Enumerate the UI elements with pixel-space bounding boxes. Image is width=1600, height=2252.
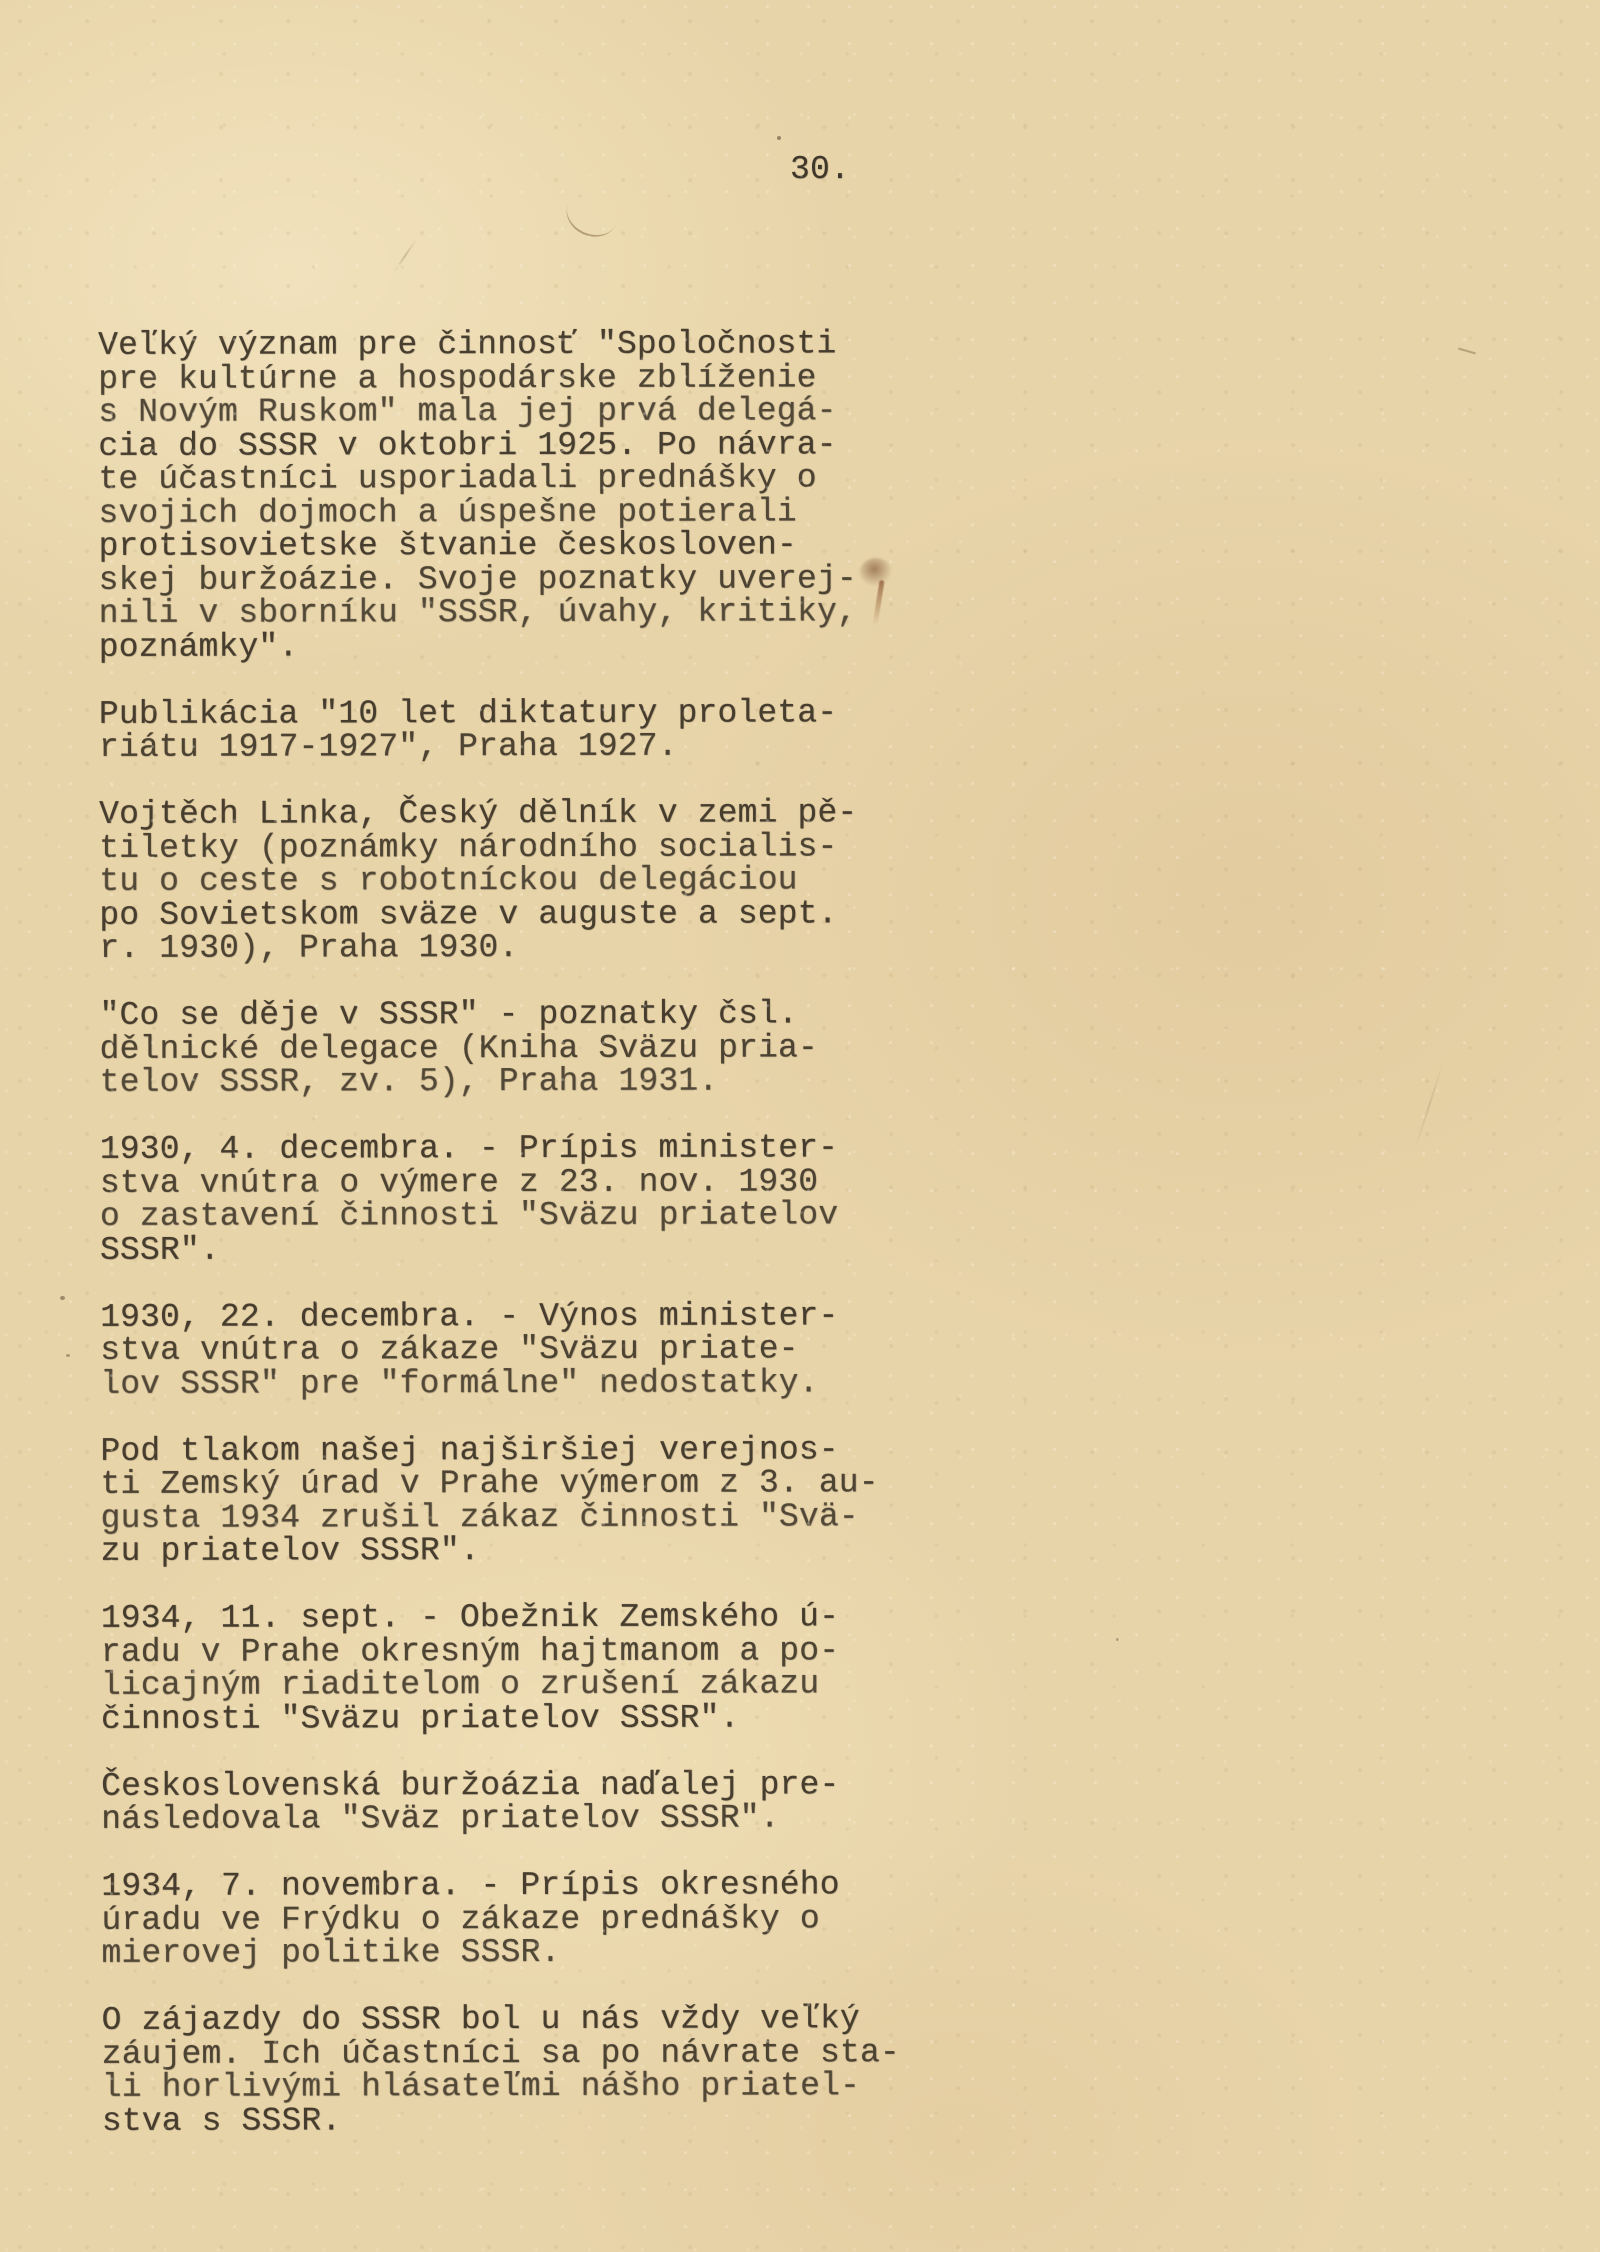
- text-line: Veľký význam pre činnosť "Spoločnosti: [98, 327, 958, 362]
- text-block: Veľký význam pre činnosť "Spoločnostipre…: [98, 327, 962, 2138]
- text-line: te účastníci usporiadali prednášky o: [98, 461, 958, 496]
- paragraph: Veľký význam pre činnosť "Spoločnostipre…: [98, 327, 959, 664]
- text-line: tu o ceste s robotníckou delegáciou: [99, 863, 959, 898]
- paragraph: 1934, 7. novembra. - Prípis okresnéhoúra…: [101, 1868, 961, 1970]
- paper-fiber-curve: [559, 183, 624, 244]
- text-line: SSSR".: [100, 1232, 960, 1267]
- text-line: zu priatelov SSSR".: [101, 1533, 961, 1568]
- text-line: telov SSSR, zv. 5), Praha 1931.: [100, 1064, 960, 1099]
- text-line: 1934, 7. novembra. - Prípis okresného: [101, 1868, 961, 1903]
- text-line: tiletky (poznámky národního socialis-: [99, 830, 959, 865]
- text-line: pre kultúrne a hospodárske zblíženie: [98, 361, 958, 396]
- page-number: 30.: [790, 153, 850, 187]
- paragraph: 1934, 11. sept. - Obežnik Zemského ú-rad…: [101, 1600, 961, 1736]
- text-line: skej buržoázie. Svoje poznatky uverej-: [99, 562, 959, 597]
- paragraph: 1930, 22. decembra. - Výnos minister-stv…: [100, 1299, 960, 1401]
- text-line: Publikácia "10 let diktatury proleta-: [99, 696, 959, 731]
- text-line: r. 1930), Praha 1930.: [99, 930, 959, 965]
- text-line: o zastavení činnosti "Sväzu priatelov: [100, 1198, 960, 1233]
- paragraph: 1930, 4. decembra. - Prípis minister-stv…: [100, 1131, 960, 1267]
- text-line: ti Zemský úrad v Prahe výmerom z 3. au-: [100, 1466, 960, 1501]
- paper-fiber-dash: [1458, 348, 1476, 355]
- text-line: protisovietske štvanie českosloven-: [99, 528, 959, 563]
- text-line: Vojtěch Linka, Český dělník v zemi pě-: [99, 796, 959, 831]
- paragraph: Československá buržoázia naďalej pre-nás…: [101, 1768, 961, 1837]
- scanned-document-page: 30. Veľký význam pre činnosť "Spoločnost…: [0, 0, 1600, 2252]
- paragraph: "Co se děje v SSSR" - poznatky čsl.dělni…: [100, 997, 960, 1099]
- paper-crease: [1414, 1062, 1444, 1150]
- text-line: Pod tlakom našej najširšiej verejnos-: [100, 1433, 960, 1468]
- text-line: po Sovietskom sväze v auguste a sept.: [99, 897, 959, 932]
- text-line: dělnické delegace (Kniha Sväzu pria-: [100, 1031, 960, 1066]
- text-line: stva vnútra o výmere z 23. nov. 1930: [100, 1165, 960, 1200]
- text-line: činnosti "Sväzu priatelov SSSR".: [101, 1701, 961, 1736]
- text-line: poznámky".: [99, 629, 959, 664]
- ink-speck: [1116, 1638, 1119, 1641]
- text-line: "Co se děje v SSSR" - poznatky čsl.: [100, 997, 960, 1032]
- text-line: úradu ve Frýdku o zákaze prednášky o: [101, 1902, 961, 1937]
- paragraph: Publikácia "10 let diktatury proleta-riá…: [99, 696, 959, 765]
- text-line: nili v sborníku "SSSR, úvahy, kritiky,: [99, 595, 959, 630]
- ink-speck: [777, 136, 781, 140]
- text-line: gusta 1934 zrušil zákaz činnosti "Svä-: [101, 1500, 961, 1535]
- text-line: licajným riaditelom o zrušení zákazu: [101, 1667, 961, 1702]
- text-line: cia do SSSR v oktobri 1925. Po návra-: [98, 428, 958, 463]
- text-line: Československá buržoázia naďalej pre-: [101, 1768, 961, 1803]
- paragraph: Vojtěch Linka, Český dělník v zemi pě-ti…: [99, 796, 959, 965]
- text-line: lov SSSR" pre "formálne" nedostatky.: [100, 1366, 960, 1401]
- ink-speck: [66, 1354, 70, 1357]
- text-line: li horlivými hlásateľmi nášho priatel-: [102, 2069, 962, 2104]
- text-line: stva vnútra o zákaze "Sväzu priate-: [100, 1332, 960, 1367]
- text-line: radu v Prahe okresným hajtmanom a po-: [101, 1634, 961, 1669]
- text-line: stva s SSSR.: [102, 2103, 962, 2138]
- text-line: 1934, 11. sept. - Obežnik Zemského ú-: [101, 1600, 961, 1635]
- text-line: svojich dojmoch a úspešne potierali: [98, 495, 958, 530]
- ink-speck: [60, 1296, 65, 1300]
- paper-crease: [393, 239, 417, 273]
- text-line: riátu 1917-1927", Praha 1927.: [99, 729, 959, 764]
- paragraph: O zájazdy do SSSR bol u nás vždy veľkýzá…: [102, 2002, 962, 2138]
- text-line: O zájazdy do SSSR bol u nás vždy veľký: [102, 2002, 962, 2037]
- text-line: mierovej politike SSSR.: [101, 1935, 961, 1970]
- text-line: 1930, 22. decembra. - Výnos minister-: [100, 1299, 960, 1334]
- text-line: záujem. Ich účastníci sa po návrate sta-: [102, 2036, 962, 2071]
- text-line: následovala "Sväz priatelov SSSR".: [101, 1801, 961, 1836]
- text-line: 1930, 4. decembra. - Prípis minister-: [100, 1131, 960, 1166]
- paragraph: Pod tlakom našej najširšiej verejnos-ti …: [100, 1433, 960, 1569]
- text-line: s Novým Ruskom" mala jej prvá delegá-: [98, 394, 958, 429]
